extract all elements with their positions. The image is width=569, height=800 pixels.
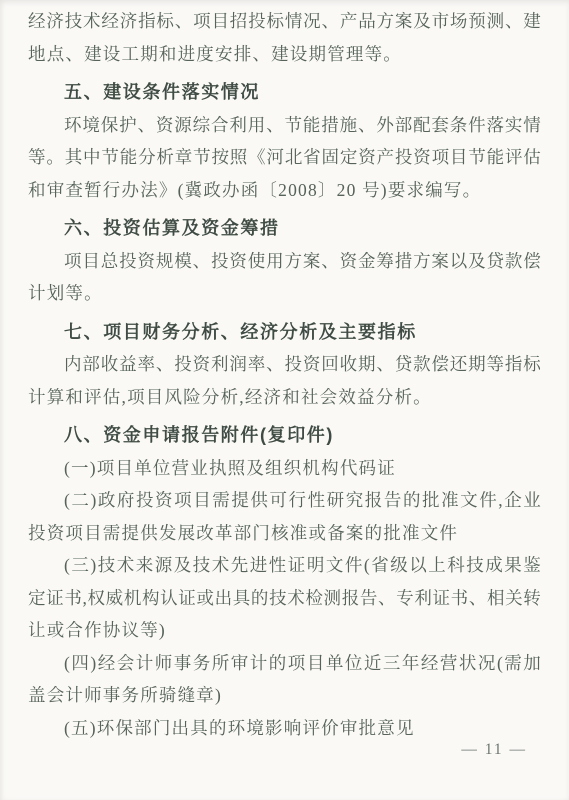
document-lines: 经济技术经济指标、项目招投标情况、产品方案及市场预测、建设地点、建设工期和进度安… xyxy=(0,0,569,744)
body-text-line: 等。其中节能分析章节按照《河北省固定资产投资项目节能评估 xyxy=(28,141,541,174)
body-text-line: 计划等。 xyxy=(28,277,541,310)
body-text-line: 地点、建设工期和进度安排、建设期管理等。 xyxy=(28,38,541,71)
body-text-line: (五)环保部门出具的环境影响评价审批意见 xyxy=(28,712,541,745)
body-text-line: 内部收益率、投资利润率、投资回收期、贷款偿还期等指标的 xyxy=(28,348,541,381)
section-heading: 七、项目财务分析、经济分析及主要指标 xyxy=(28,316,541,349)
body-text-line: 环境保护、资源综合利用、节能措施、外部配套条件落实情况 xyxy=(28,109,541,142)
body-text-line: 项目总投资规模、投资使用方案、资金筹措方案以及贷款偿还 xyxy=(28,245,541,278)
body-text-line: 经济技术经济指标、项目招投标情况、产品方案及市场预测、建设 xyxy=(28,5,541,38)
page-number: — 11 — xyxy=(461,741,527,759)
body-text-line: 定证书,权威机构认证或出具的技术检测报告、专利证书、相关转 xyxy=(28,582,541,615)
body-text-line: (三)技术来源及技术先进性证明文件(省级以上科技成果鉴 xyxy=(28,549,541,582)
body-text-line: (一)项目单位营业执照及组织机构代码证 xyxy=(28,452,541,485)
section-heading: 五、建设条件落实情况 xyxy=(28,76,541,109)
section-heading: 六、投资估算及资金筹措 xyxy=(28,212,541,245)
body-text-line: (四)经会计师事务所审计的项目单位近三年经营状况(需加 xyxy=(28,647,541,680)
body-text-line: 盖会计师事务所骑缝章) xyxy=(28,679,541,712)
scanned-document-page: 经济技术经济指标、项目招投标情况、产品方案及市场预测、建设地点、建设工期和进度安… xyxy=(0,0,569,800)
section-heading: 八、资金申请报告附件(复印件) xyxy=(28,419,541,452)
body-text-line: 让或合作协议等) xyxy=(28,614,541,647)
body-text-line: 和审查暂行办法》(冀政办函〔2008〕20 号)要求编写。 xyxy=(28,174,541,207)
body-text-line: (二)政府投资项目需提供可行性研究报告的批准文件,企业 xyxy=(28,484,541,517)
body-text-line: 计算和评估,项目风险分析,经济和社会效益分析。 xyxy=(28,381,541,414)
body-text-line: 投资项目需提供发展改革部门核准或备案的批准文件 xyxy=(28,517,541,550)
